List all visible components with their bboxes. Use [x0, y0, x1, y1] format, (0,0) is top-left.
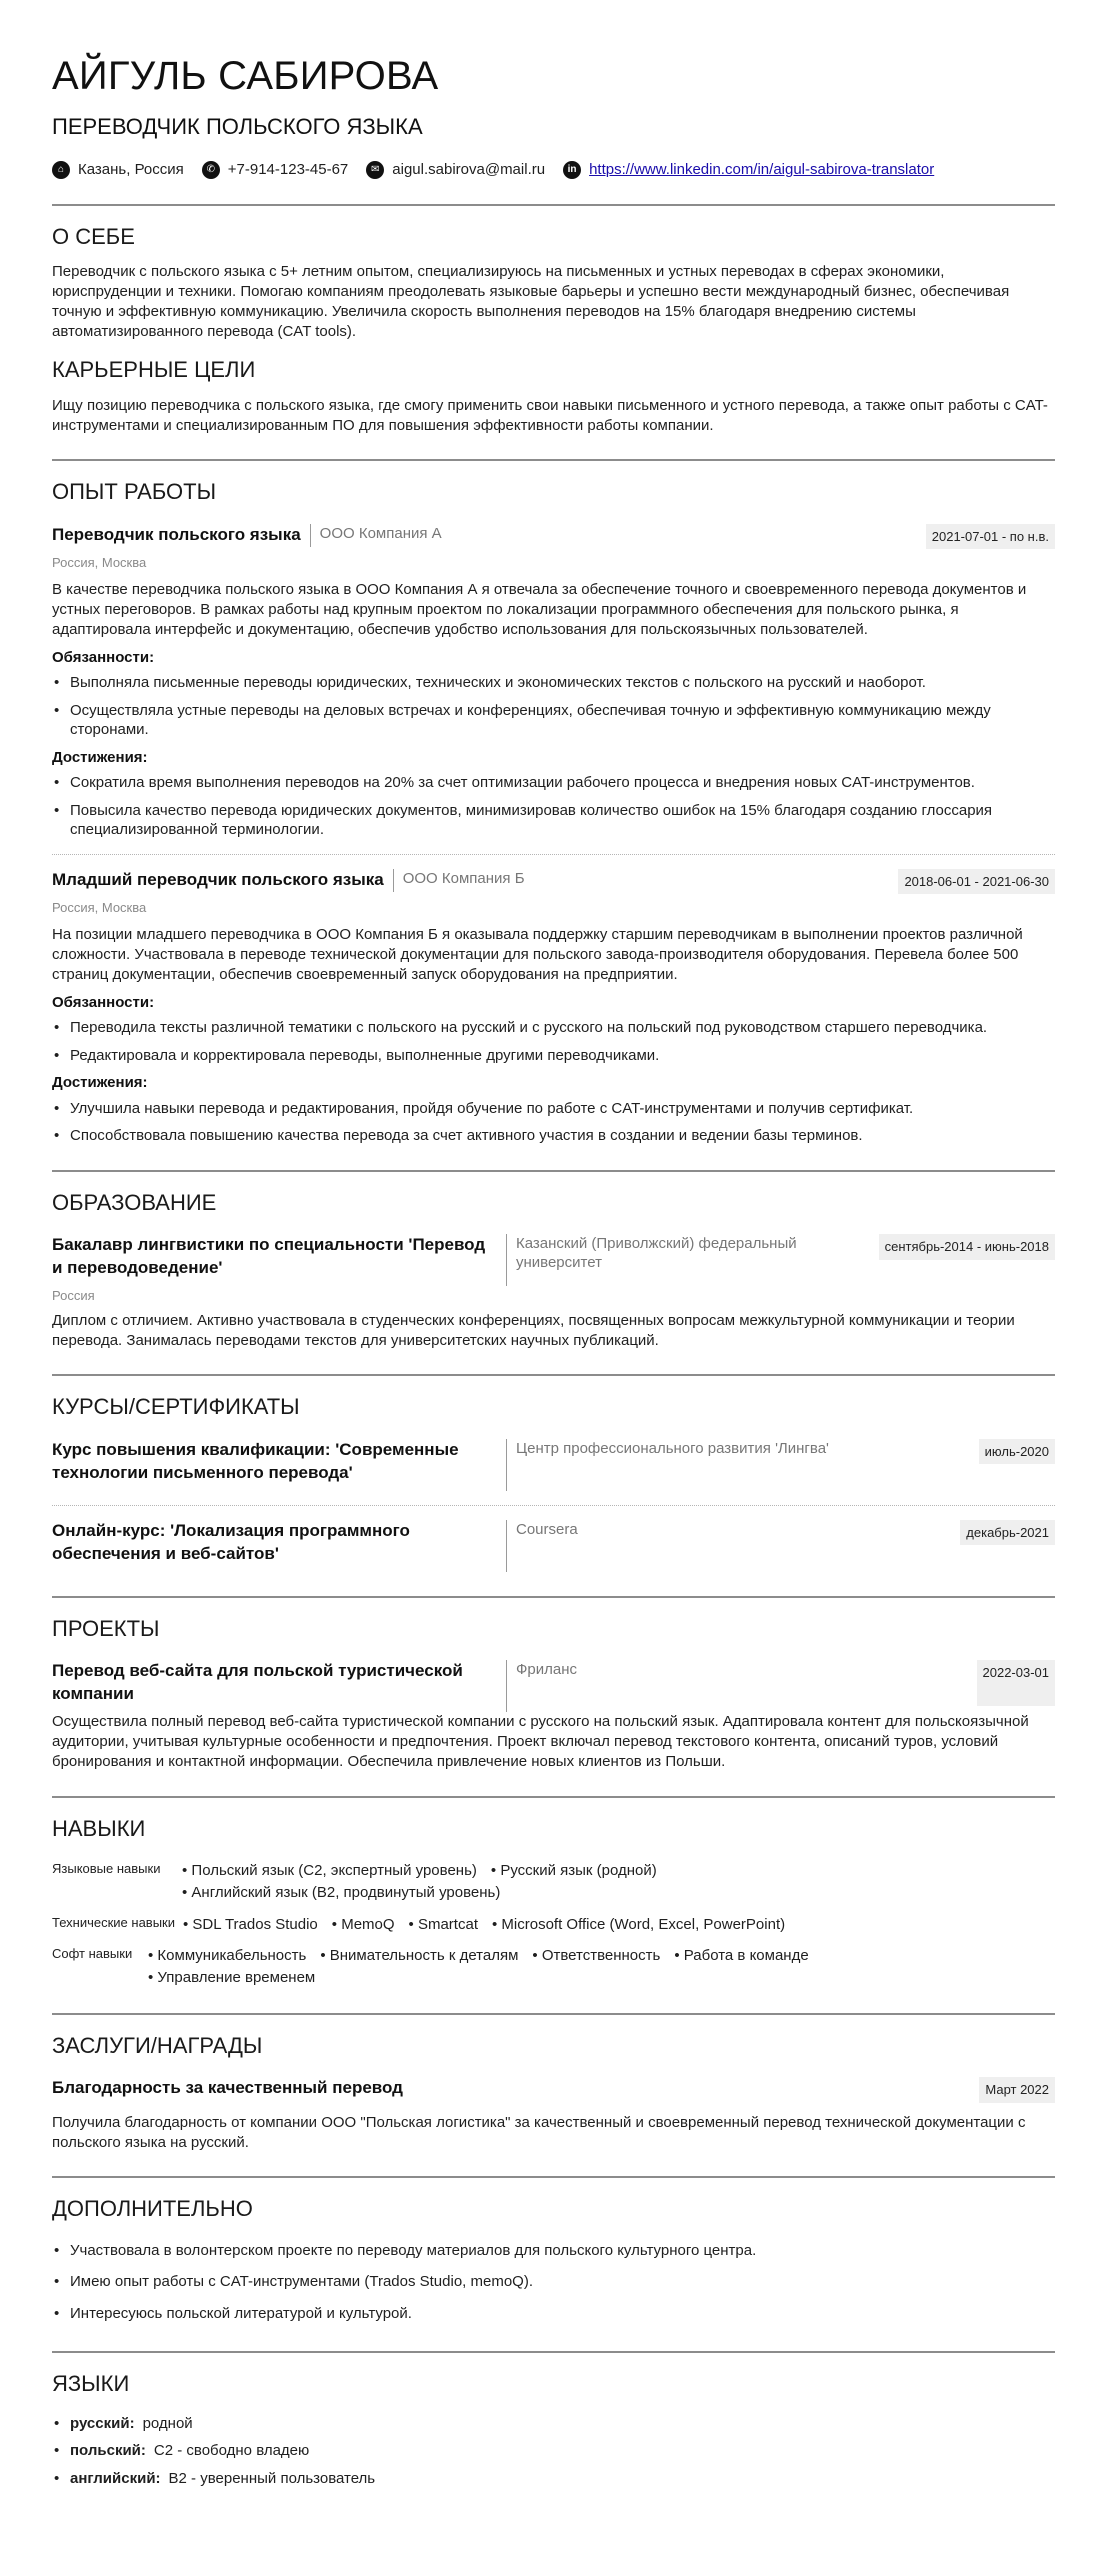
about-heading: О СЕБЕ [52, 224, 1055, 250]
achievements-label: Достижения: [52, 1073, 1055, 1093]
job-company: ООО Компания А [310, 524, 442, 547]
skill-group-soft: Софт навыки Коммуникабельность Вниматель… [52, 1945, 1055, 1989]
skill-item: Microsoft Office (Word, Excel, PowerPoin… [492, 1914, 785, 1936]
entry-divider [52, 854, 1055, 855]
skills-heading: НАВЫКИ [52, 1816, 1055, 1842]
duties-list: Выполняла письменные переводы юридически… [52, 673, 1055, 740]
skill-item: Smartcat [409, 1914, 478, 1936]
goals-text: Ищу позицию переводчика с польского язык… [52, 396, 1055, 436]
skill-group-language: Языковые навыки Польский язык (C2, экспе… [52, 1860, 1055, 1904]
divider [52, 1374, 1055, 1376]
skill-item: Английский язык (B2, продвинутый уровень… [182, 1882, 500, 1904]
home-icon: ⌂ [52, 161, 70, 179]
job-description: В качестве переводчика польского языка в… [52, 580, 1055, 639]
job-description: На позиции младшего переводчика в ООО Ко… [52, 925, 1055, 984]
achievements-label: Достижения: [52, 748, 1055, 768]
list-item: Участвовала в волонтерском проекте по пе… [52, 2241, 1055, 2261]
language-name: английский: [70, 2469, 161, 2489]
education-description: Диплом с отличием. Активно участвовала в… [52, 1311, 1055, 1351]
candidate-title: ПЕРЕВОДЧИК ПОЛЬСКОГО ЯЗЫКА [52, 114, 1055, 140]
divider [52, 1796, 1055, 1798]
about-text: Переводчик с польского языка с 5+ летним… [52, 262, 1055, 341]
course-entry: Курс повышения квалификации: 'Современны… [52, 1439, 1055, 1491]
skill-item: Польский язык (C2, экспертный уровень) [182, 1860, 477, 1882]
language-item: русский: родной [52, 2414, 1055, 2434]
job-dates: 2021-07-01 - по н.в. [926, 524, 1055, 550]
project-date: 2022-03-01 [977, 1660, 1056, 1706]
job-company: ООО Компания Б [393, 869, 525, 892]
additional-heading: ДОПОЛНИТЕЛЬНО [52, 2196, 1055, 2222]
divider [52, 1596, 1055, 1598]
skill-group-label: Технические навыки [52, 1914, 175, 1936]
job-dates: 2018-06-01 - 2021-06-30 [898, 869, 1055, 895]
list-item: Осуществляла устные переводы на деловых … [52, 701, 1055, 740]
list-item: Улучшила навыки перевода и редактировани… [52, 1099, 1055, 1119]
education-entry: Бакалавр лингвистики по специальности 'П… [52, 1234, 1055, 1286]
skill-item: Управление временем [148, 1967, 315, 1989]
experience-heading: ОПЫТ РАБОТЫ [52, 479, 1055, 505]
courses-section: КУРСЫ/СЕРТИФИКАТЫ Курс повышения квалифи… [52, 1394, 1055, 1571]
language-level: B2 - уверенный пользователь [169, 2469, 376, 2489]
course-date: июль-2020 [979, 1439, 1055, 1465]
languages-list: русский: родной польский: C2 - свободно … [52, 2414, 1055, 2489]
skill-group-label: Языковые навыки [52, 1860, 182, 1904]
education-dates: сентябрь-2014 - июнь-2018 [879, 1234, 1055, 1260]
location-text: Казань, Россия [78, 160, 184, 180]
contact-phone: ✆ +7-914-123-45-67 [202, 160, 349, 180]
experience-section: ОПЫТ РАБОТЫ Переводчик польского языка О… [52, 479, 1055, 1145]
skill-item: Русский язык (родной) [491, 1860, 657, 1882]
course-title: Курс повышения квалификации: 'Современны… [52, 1439, 506, 1485]
phone-text[interactable]: +7-914-123-45-67 [228, 160, 349, 180]
candidate-name: АЙГУЛЬ САБИРОВА [52, 54, 1055, 98]
divider [52, 459, 1055, 461]
course-provider: Центр профессионального развития 'Лингва… [506, 1439, 979, 1491]
award-entry: Благодарность за качественный перевод Ма… [52, 2077, 1055, 2103]
job-location: Россия, Москва [52, 555, 1055, 572]
entry-divider [52, 1505, 1055, 1506]
achievements-list: Улучшила навыки перевода и редактировани… [52, 1099, 1055, 1146]
award-description: Получила благодарность от компании ООО "… [52, 2113, 1055, 2153]
course-date: декабрь-2021 [960, 1520, 1055, 1546]
list-item: Переводила тексты различной тематики с п… [52, 1018, 1055, 1038]
resume-header: АЙГУЛЬ САБИРОВА ПЕРЕВОДЧИК ПОЛЬСКОГО ЯЗЫ… [52, 54, 1055, 180]
additional-section: ДОПОЛНИТЕЛЬНО Участвовала в волонтерском… [52, 2196, 1055, 2323]
skill-group-technical: Технические навыки SDL Trados Studio Mem… [52, 1914, 1055, 1936]
divider [52, 204, 1055, 206]
contact-email: ✉ aigul.sabirova@mail.ru [366, 160, 545, 180]
divider [52, 2013, 1055, 2015]
divider [52, 1170, 1055, 1172]
awards-section: ЗАСЛУГИ/НАГРАДЫ Благодарность за качеств… [52, 2033, 1055, 2153]
languages-heading: ЯЗЫКИ [52, 2371, 1055, 2397]
additional-list: Участвовала в волонтерском проекте по пе… [52, 2241, 1055, 2324]
resume-page: АЙГУЛЬ САБИРОВА ПЕРЕВОДЧИК ПОЛЬСКОГО ЯЗЫ… [0, 0, 1107, 2536]
language-item: польский: C2 - свободно владею [52, 2441, 1055, 2461]
duties-label: Обязанности: [52, 648, 1055, 668]
list-item: Сократила время выполнения переводов на … [52, 773, 1055, 793]
mail-icon: ✉ [366, 161, 384, 179]
skills-section: НАВЫКИ Языковые навыки Польский язык (C2… [52, 1816, 1055, 1989]
contact-bar: ⌂ Казань, Россия ✆ +7-914-123-45-67 ✉ ai… [52, 160, 1055, 180]
language-name: русский: [70, 2414, 135, 2434]
skill-group-label: Софт навыки [52, 1945, 148, 1989]
goals-section: КАРЬЕРНЫЕ ЦЕЛИ Ищу позицию переводчика с… [52, 357, 1055, 435]
divider [52, 2351, 1055, 2353]
language-name: польский: [70, 2441, 146, 2461]
list-item: Выполняла письменные переводы юридически… [52, 673, 1055, 693]
course-entry: Онлайн-курс: 'Локализация программного о… [52, 1520, 1055, 1572]
awards-heading: ЗАСЛУГИ/НАГРАДЫ [52, 2033, 1055, 2059]
project-org: Фриланс [506, 1660, 977, 1712]
projects-section: ПРОЕКТЫ Перевод веб-сайта для польской т… [52, 1616, 1055, 1772]
award-title: Благодарность за качественный перевод [52, 2077, 403, 2100]
divider [52, 2176, 1055, 2178]
degree-title: Бакалавр лингвистики по специальности 'П… [52, 1234, 506, 1280]
linkedin-icon: in [563, 161, 581, 179]
language-item: английский: B2 - уверенный пользователь [52, 2469, 1055, 2489]
job-title: Младший переводчик польского языка [52, 869, 384, 892]
list-item: Имею опыт работы с CAT-инструментами (Tr… [52, 2272, 1055, 2292]
duties-list: Переводила тексты различной тематики с п… [52, 1018, 1055, 1065]
about-section: О СЕБЕ Переводчик с польского языка с 5+… [52, 224, 1055, 342]
job-title: Переводчик польского языка [52, 524, 301, 547]
list-item: Редактировала и корректировала переводы,… [52, 1046, 1055, 1066]
contact-linkedin: in https://www.linkedin.com/in/aigul-sab… [563, 160, 934, 180]
courses-heading: КУРСЫ/СЕРТИФИКАТЫ [52, 1394, 1055, 1420]
project-title: Перевод веб-сайта для польской туристиче… [52, 1660, 506, 1706]
projects-heading: ПРОЕКТЫ [52, 1616, 1055, 1642]
phone-icon: ✆ [202, 161, 220, 179]
education-heading: ОБРАЗОВАНИЕ [52, 1190, 1055, 1216]
language-level: родной [143, 2414, 193, 2434]
contact-location: ⌂ Казань, Россия [52, 160, 184, 180]
institution: Казанский (Приволжский) федеральный унив… [506, 1234, 879, 1286]
achievements-list: Сократила время выполнения переводов на … [52, 773, 1055, 840]
education-section: ОБРАЗОВАНИЕ Бакалавр лингвистики по спец… [52, 1190, 1055, 1351]
list-item: Повысила качество перевода юридических д… [52, 801, 1055, 840]
goals-heading: КАРЬЕРНЫЕ ЦЕЛИ [52, 357, 1055, 383]
duties-label: Обязанности: [52, 993, 1055, 1013]
skill-item: Внимательность к деталям [320, 1945, 518, 1967]
linkedin-link[interactable]: https://www.linkedin.com/in/aigul-sabiro… [589, 160, 934, 180]
course-provider: Coursera [506, 1520, 960, 1572]
job-location: Россия, Москва [52, 900, 1055, 917]
skill-item: Ответственность [532, 1945, 660, 1967]
course-title: Онлайн-курс: 'Локализация программного о… [52, 1520, 506, 1566]
skill-item: Коммуникабельность [148, 1945, 306, 1967]
job-entry: Переводчик польского языка ООО Компания … [52, 524, 1055, 840]
language-level: C2 - свободно владею [154, 2441, 309, 2461]
education-location: Россия [52, 1288, 1055, 1305]
project-entry: Перевод веб-сайта для польской туристиче… [52, 1660, 1055, 1712]
project-description: Осуществила полный перевод веб-сайта тур… [52, 1712, 1055, 1771]
email-text[interactable]: aigul.sabirova@mail.ru [392, 160, 545, 180]
skill-item: SDL Trados Studio [183, 1914, 318, 1936]
award-date: Март 2022 [979, 2077, 1055, 2103]
languages-section: ЯЗЫКИ русский: родной польский: C2 - сво… [52, 2371, 1055, 2488]
list-item: Интересуюсь польской литературой и культ… [52, 2304, 1055, 2324]
job-entry: Младший переводчик польского языка ООО К… [52, 869, 1055, 1146]
list-item: Способствовала повышению качества перево… [52, 1126, 1055, 1146]
skill-item: Работа в команде [674, 1945, 808, 1967]
skill-item: MemoQ [332, 1914, 395, 1936]
